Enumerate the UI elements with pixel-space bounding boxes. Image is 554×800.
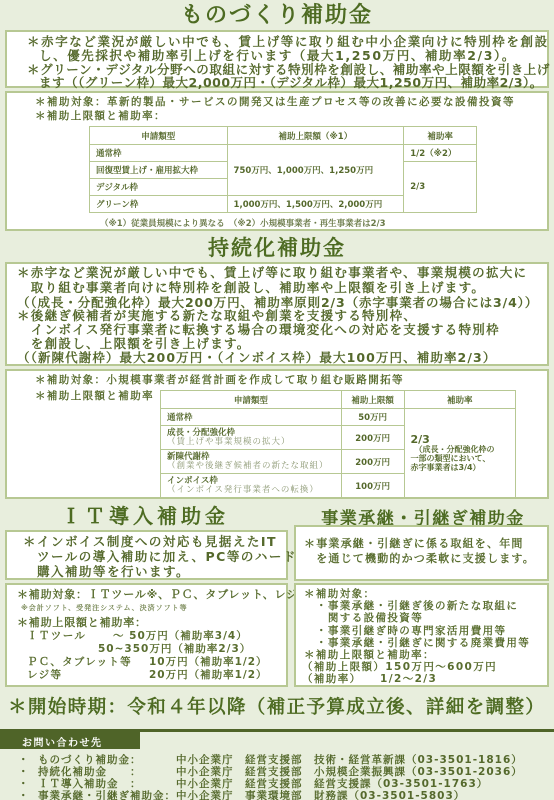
jigyo-intro-line-2: を通じて機動的かつ柔軟に支援します。 — [304, 552, 535, 566]
monozukuri-intro-box: ＊赤字など業況が厳しい中でも、賃上げ等に取り組む中小企業向けに特別枠を創設 し、… — [5, 30, 549, 88]
jizokuka-intro-line-6: を創設し、上限額を引き上げます。 — [17, 336, 251, 351]
rate-note-3: 赤字事業者は3/4） — [411, 463, 510, 472]
it-title: ＩＴ導入補助金 — [0, 503, 290, 529]
contact-header: お問い合わせ先 — [0, 730, 140, 749]
monozukuri-table-note: （※1）従業員規模により異なる （※2）小規模事業者・再生事業者は2/3 — [100, 217, 386, 229]
table-cell-type: 通常枠 — [161, 409, 342, 426]
col-header-type: 申請類型 — [90, 127, 228, 145]
contact-org: 中小企業庁 事業環境部 財務課（03-3501-5803） — [176, 790, 465, 800]
jizokuka-table: 申請類型 補助上限額 補助率 通常枠 50万円 2/3 （成長・分配強化枠の 一… — [160, 390, 516, 498]
col-header-rate: 補助率 — [404, 127, 477, 145]
monozukuri-target: ＊補助対象：革新的製品・サービスの開発又は生産プロセス等の改善に必要な設備投資等 — [35, 96, 515, 110]
jigyo-intro-box: ＊事業承継・引継ぎに係る取組を、年間 を通じて機動的かつ柔軟に支援します。 — [294, 525, 549, 581]
col-header-rate: 補助率 — [404, 391, 516, 409]
table-cell-rate: 2/3 — [404, 162, 477, 213]
table-cell-type: 新陳代謝枠 （創業や後継ぎ候補者の新たな取組） — [161, 450, 342, 474]
col-header-limit: 補助上限額 — [341, 391, 404, 409]
table-cell-limit: 1,000万円、1,500万円、2,000万円 — [227, 196, 404, 213]
bullet-icon: ・ — [18, 788, 38, 800]
it-intro-box: ＊インボイス制度への対応も見据えたIT ツールの導入補助に加え、PC等のハード … — [5, 530, 288, 580]
row-sub: （賃上げや事業規模の拡大） — [167, 438, 335, 447]
row-sub: （インボイス発行事業者への転換） — [167, 486, 335, 495]
table-cell-limit: 50万円 — [341, 409, 404, 426]
it-intro-line-1: ＊インボイス制度への対応も見据えたIT — [23, 534, 277, 549]
jizokuka-limit-label: ＊補助上限額と補助率 — [35, 390, 154, 404]
jigyo-intro-line-1: ＊事業承継・引継ぎに係る取組を、年間 — [304, 537, 524, 551]
table-cell-limit: 750万円、1,000万円、1,250万円 — [227, 145, 404, 196]
jizokuka-detail-box: ＊補助対象：小規模事業者が経営計画を作成して取り組む販路開拓等 ＊補助上限額と補… — [5, 369, 549, 499]
table-cell-limit: 200万円 — [341, 450, 404, 474]
table-cell-rate: 2/3 （成長・分配強化枠の 一部の類型において、 赤字事業者は3/4） — [404, 409, 516, 498]
monozukuri-title: ものづくり補助金 — [0, 2, 554, 30]
monozukuri-limit-label: ＊補助上限額と補助率： — [35, 110, 166, 124]
it-target: ＊補助対象：ＩＴツール※、ＰＣ、タブレット、レジ等 — [17, 588, 310, 602]
it-limit-amount-1: ～ 50万円（補助率3/4） — [113, 630, 248, 644]
rate-note-2: 一部の類型において、 — [411, 454, 510, 463]
table-cell-type: 回復型賃上げ・雇用拡大枠 — [90, 162, 228, 179]
table-cell-type: インボイス枠 （インボイス発行事業者への転換） — [161, 474, 342, 498]
table-cell-limit: 100万円 — [341, 474, 404, 498]
col-header-limit: 補助上限額（※1） — [227, 127, 404, 145]
it-limit-label: ＊補助上限額と補助率： — [17, 616, 147, 630]
col-header-type: 申請類型 — [161, 391, 342, 409]
rate-note-1: （成長・分配強化枠の — [411, 445, 510, 454]
jizokuka-intro-line-5: インボイス発行事業者に転換する場合の環境変化への対応を支援する特別枠 — [17, 322, 500, 337]
it-intro-line-3: 購入補助等を行います。 — [23, 564, 190, 579]
jizokuka-intro-line-7: （（新陳代謝枠）最大200万円・（インボイス枠）最大100万円、補助率2/3） — [17, 350, 496, 365]
jigyo-detail-box: ＊補助対象： ・事業承継・引継ぎ後の新たな取組に 関する設備投資等 ・事業引継ぎ… — [294, 583, 549, 687]
it-limit-item-4: レジ等 — [27, 669, 62, 683]
row-sub: （創業や後継ぎ候補者の新たな取組） — [167, 462, 335, 471]
contact-item: ・事業承継・引継ぎ補助金：中小企業庁 事業環境部 財務課（03-3501-580… — [18, 788, 465, 800]
rate-main: 2/3 — [411, 434, 510, 445]
jizokuka-intro-line-1: ＊赤字など業況が厳しい中でも、賃上げ等に取り組む事業者や、事業規模の拡大に — [17, 265, 527, 280]
jizokuka-title: 持続化補助金 — [0, 234, 554, 262]
row-type: 通常枠 — [167, 413, 193, 423]
jigyo-rate-line: （補助率） 1/2～2/3 — [302, 673, 437, 687]
monozukuri-intro-line-2: し、優先採択や補助率引上げを行います（最大1,250万円、補助率2/3）。 — [39, 48, 516, 63]
jizokuka-intro-line-4: ＊後継ぎ候補者が実施する新たな取組や創業を支援する特別枠、 — [17, 308, 417, 323]
it-limit-amount-3: 10万円（補助率1/2） — [149, 656, 268, 670]
table-cell-type: グリーン枠 — [90, 196, 228, 213]
table-cell-rate: 1/2（※2） — [404, 145, 477, 162]
it-limit-amount-4: 20万円（補助率1/2） — [149, 669, 268, 683]
jigyo-target-2: 関する設備投資等 — [316, 612, 423, 626]
table-cell-limit: 200万円 — [341, 426, 404, 450]
table-cell-type: 成長・分配強化枠 （賃上げや事業規模の拡大） — [161, 426, 342, 450]
it-target-note: ※会計ソフト、受発注システム、決済ソフト等 — [21, 603, 188, 613]
monozukuri-table: 申請類型 補助上限額（※1） 補助率 通常枠 750万円、1,000万円、1,2… — [89, 126, 477, 213]
monozukuri-intro-line-4: ます（（グリーン枠）最大2,000万円・（デジタル枠）最大1,250万円、補助率… — [39, 75, 543, 90]
contact-name: 事業承継・引継ぎ補助金： — [38, 790, 176, 800]
it-limit-item-3: ＰＣ、タブレット等 — [27, 656, 132, 670]
start-period: ＊開始時期：令和４年以降（補正予算成立後、詳細を調整） — [8, 695, 545, 721]
monozukuri-intro-line-1: ＊赤字など業況が厳しい中でも、賃上げ等に取り組む中小企業向けに特別枠を創設 — [27, 34, 549, 49]
jizokuka-target: ＊補助対象：小規模事業者が経営計画を作成して取り組む販路開拓等 — [35, 374, 404, 388]
jizokuka-intro-line-2: 取り組む事業者向けに特別枠を創設し、補助率や上限額を引き上げます。 — [17, 280, 485, 295]
it-intro-line-2: ツールの導入補助に加え、PC等のハード — [23, 549, 297, 564]
table-cell-type: 通常枠 — [90, 145, 228, 162]
it-limit-item-1: ＩＴツール — [27, 630, 86, 644]
it-limit-amount-2: 50~350万円（補助率2/3） — [98, 643, 251, 657]
monozukuri-detail-box: ＊補助対象：革新的製品・サービスの開発又は生産プロセス等の改善に必要な設備投資等… — [5, 91, 549, 231]
it-detail-box: ＊補助対象：ＩＴツール※、ＰＣ、タブレット、レジ等 ※会計ソフト、受発注システム… — [5, 583, 288, 687]
jizokuka-intro-box: ＊赤字など業況が厳しい中でも、賃上げ等に取り組む事業者や、事業規模の拡大に 取り… — [5, 262, 549, 366]
table-cell-type: デジタル枠 — [90, 179, 228, 196]
